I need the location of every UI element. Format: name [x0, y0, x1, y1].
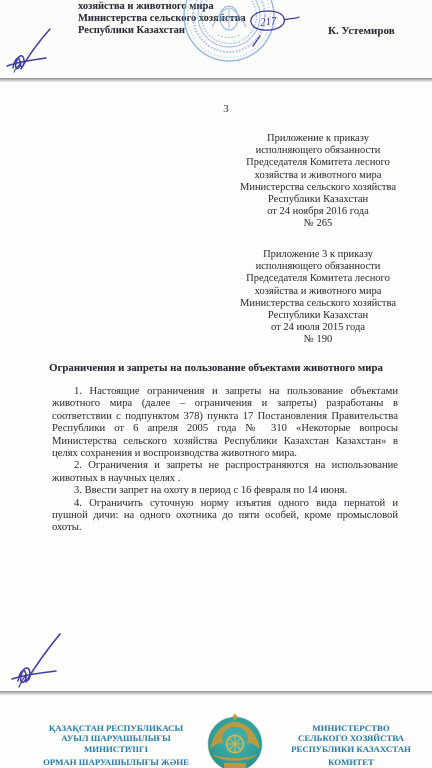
appendix-line: исполняющего обязанности: [228, 261, 408, 273]
previous-page-bottom: хозяйства и животного мира Министерства …: [0, 0, 432, 79]
letterhead-right-line: СЕЛЬКОГО ХОЗЯЙСТВА: [274, 733, 428, 743]
appendix-block-2: Приложение 3 к приказу исполняющего обяз…: [228, 249, 408, 347]
appendix-line: от 24 июля 2015 года: [228, 322, 408, 334]
scanned-document-sheet: хозяйства и животного мира Министерства …: [0, 0, 432, 768]
letterhead-right-block: МИНИСТЕРСТВО СЕЛЬКОГО ХОЗЯЙСТВА РЕСПУБЛИ…: [274, 723, 428, 767]
letterhead-left-line: ҚАЗАҚСТАН РЕСПУБЛИКАСЫ: [26, 723, 206, 733]
appendix-line: Министерства сельского хозяйства: [228, 298, 408, 310]
appendix-line: исполняющего обязанности: [228, 145, 408, 157]
appendix-line: № 265: [228, 218, 408, 230]
handwritten-number-text: 217: [260, 15, 278, 29]
letterhead-left-line: АУЫЛ ШАРУАШЫЛЫҒЫ: [26, 733, 206, 743]
appendix-line: Приложение 3 к приказу: [228, 249, 408, 261]
appendix-line: Председателя Комитета лесного: [228, 157, 408, 169]
paragraph-1: 1. Настоящие ограничения и запреты на по…: [52, 386, 398, 460]
paragraph-3: 3. Ввести запрет на охоту в период с 16 …: [52, 485, 398, 497]
letterhead-left-line: МИНИСТРЛІГІ: [26, 744, 206, 754]
appendix-line: хозяйства и животного мира: [228, 170, 408, 182]
document-title: Ограничения и запреты на пользование объ…: [0, 362, 432, 374]
signature-icon: [4, 26, 64, 76]
page-edge-divider: [0, 78, 432, 82]
appendix-line: Министерства сельского хозяйства: [228, 182, 408, 194]
approver-name: К. Устемиров: [328, 25, 395, 37]
document-body: 1. Настоящие ограничения и запреты на по…: [52, 386, 398, 535]
letterhead-right-subtitle: КОМИТЕТ: [274, 757, 428, 767]
handwritten-number-mark: 217: [248, 8, 302, 48]
appendix-line: Республики Казахстан: [228, 310, 408, 322]
letterhead-right-line: РЕСПУБЛИКИ КАЗАХСТАН: [274, 744, 428, 754]
appendix-line: № 190: [228, 334, 408, 346]
appendix-line: Республики Казахстан: [228, 194, 408, 206]
kazakhstan-emblem-icon: [205, 713, 265, 768]
signature-icon-bottom: [8, 631, 72, 691]
letterhead-right-line: МИНИСТЕРСТВО: [274, 723, 428, 733]
appendix-line: от 24 ноября 2016 года: [228, 206, 408, 218]
appendix-line: Председателя Комитета лесного: [228, 273, 408, 285]
letterhead-left-subtitle: ОРМАН ШАРУАШЫЛЫҒЫ ЖӘНЕ: [26, 757, 206, 767]
paragraph-4: 4. Ограничить суточную норму изъятия одн…: [52, 498, 398, 535]
page-number: 3: [0, 103, 432, 115]
appendix-line: Приложение к приказу: [228, 133, 408, 145]
appendix-line: хозяйства и животного мира: [228, 286, 408, 298]
letterhead-left-block: ҚАЗАҚСТАН РЕСПУБЛИКАСЫ АУЫЛ ШАРУАШЫЛЫҒЫ …: [26, 723, 206, 767]
paragraph-2: 2. Ограничения и запреты не распространя…: [52, 460, 398, 485]
appendix-block-1: Приложение к приказу исполняющего обязан…: [228, 133, 408, 231]
